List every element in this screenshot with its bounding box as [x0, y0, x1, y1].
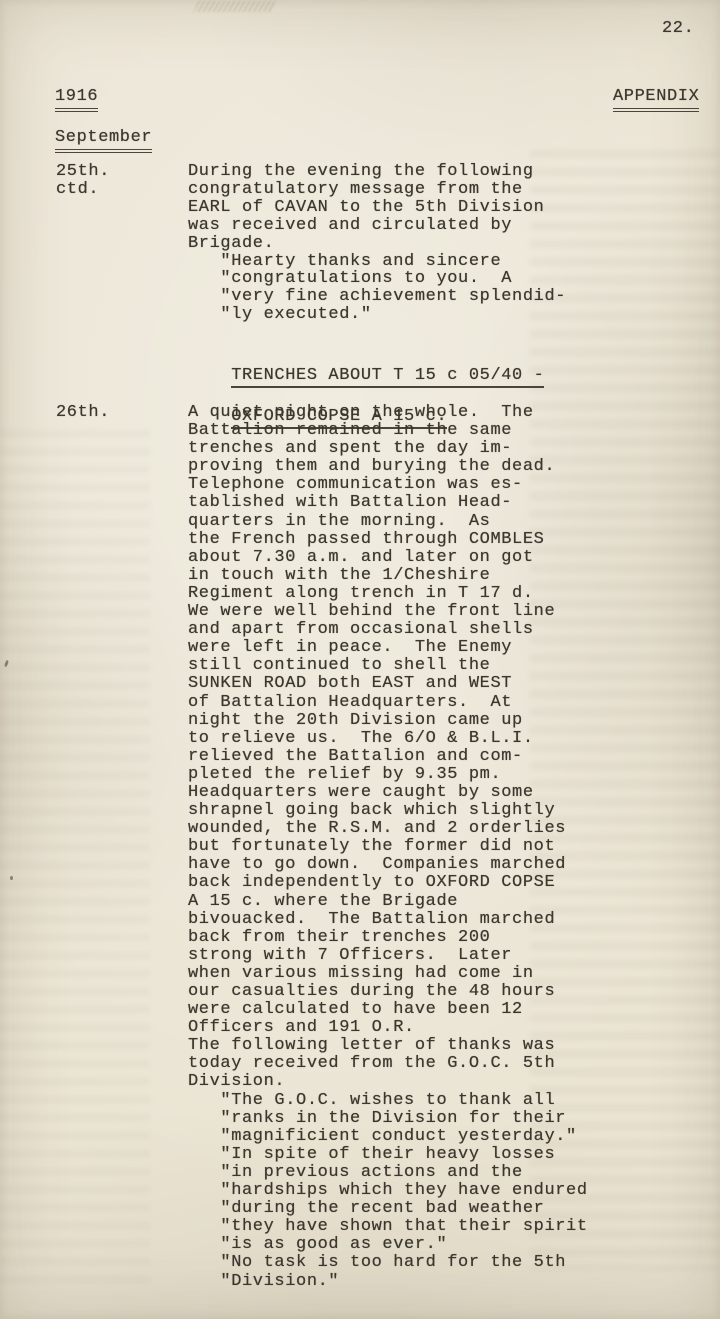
month-text: September	[55, 129, 152, 153]
page-number: 22.	[662, 20, 694, 38]
year-heading: 1916	[55, 88, 98, 112]
faint-smudge	[193, 1, 276, 12]
year-text: 1916	[55, 88, 98, 112]
diary-entry-25th: 25th. ctd. During the evening the follow…	[0, 163, 720, 324]
war-diary-page: 22. 1916 APPENDIX September 25th. ctd. D…	[0, 0, 720, 1319]
diary-entry-26th: 26th. A quiet night on the whole. The Ba…	[0, 404, 720, 1291]
section-heading-line-1: TRENCHES ABOUT T 15 c 05/40 -	[231, 367, 544, 388]
entry-date-26th: 26th.	[56, 404, 110, 422]
appendix-label: APPENDIX	[613, 88, 699, 112]
entry-body-25th: During the evening the following congrat…	[188, 163, 720, 324]
month-heading: September	[55, 129, 152, 153]
entry-date-25th: 25th. ctd.	[56, 163, 110, 199]
appendix-text: APPENDIX	[613, 88, 699, 112]
entry-body-26th: A quiet night on the whole. The Battalio…	[188, 404, 720, 1291]
